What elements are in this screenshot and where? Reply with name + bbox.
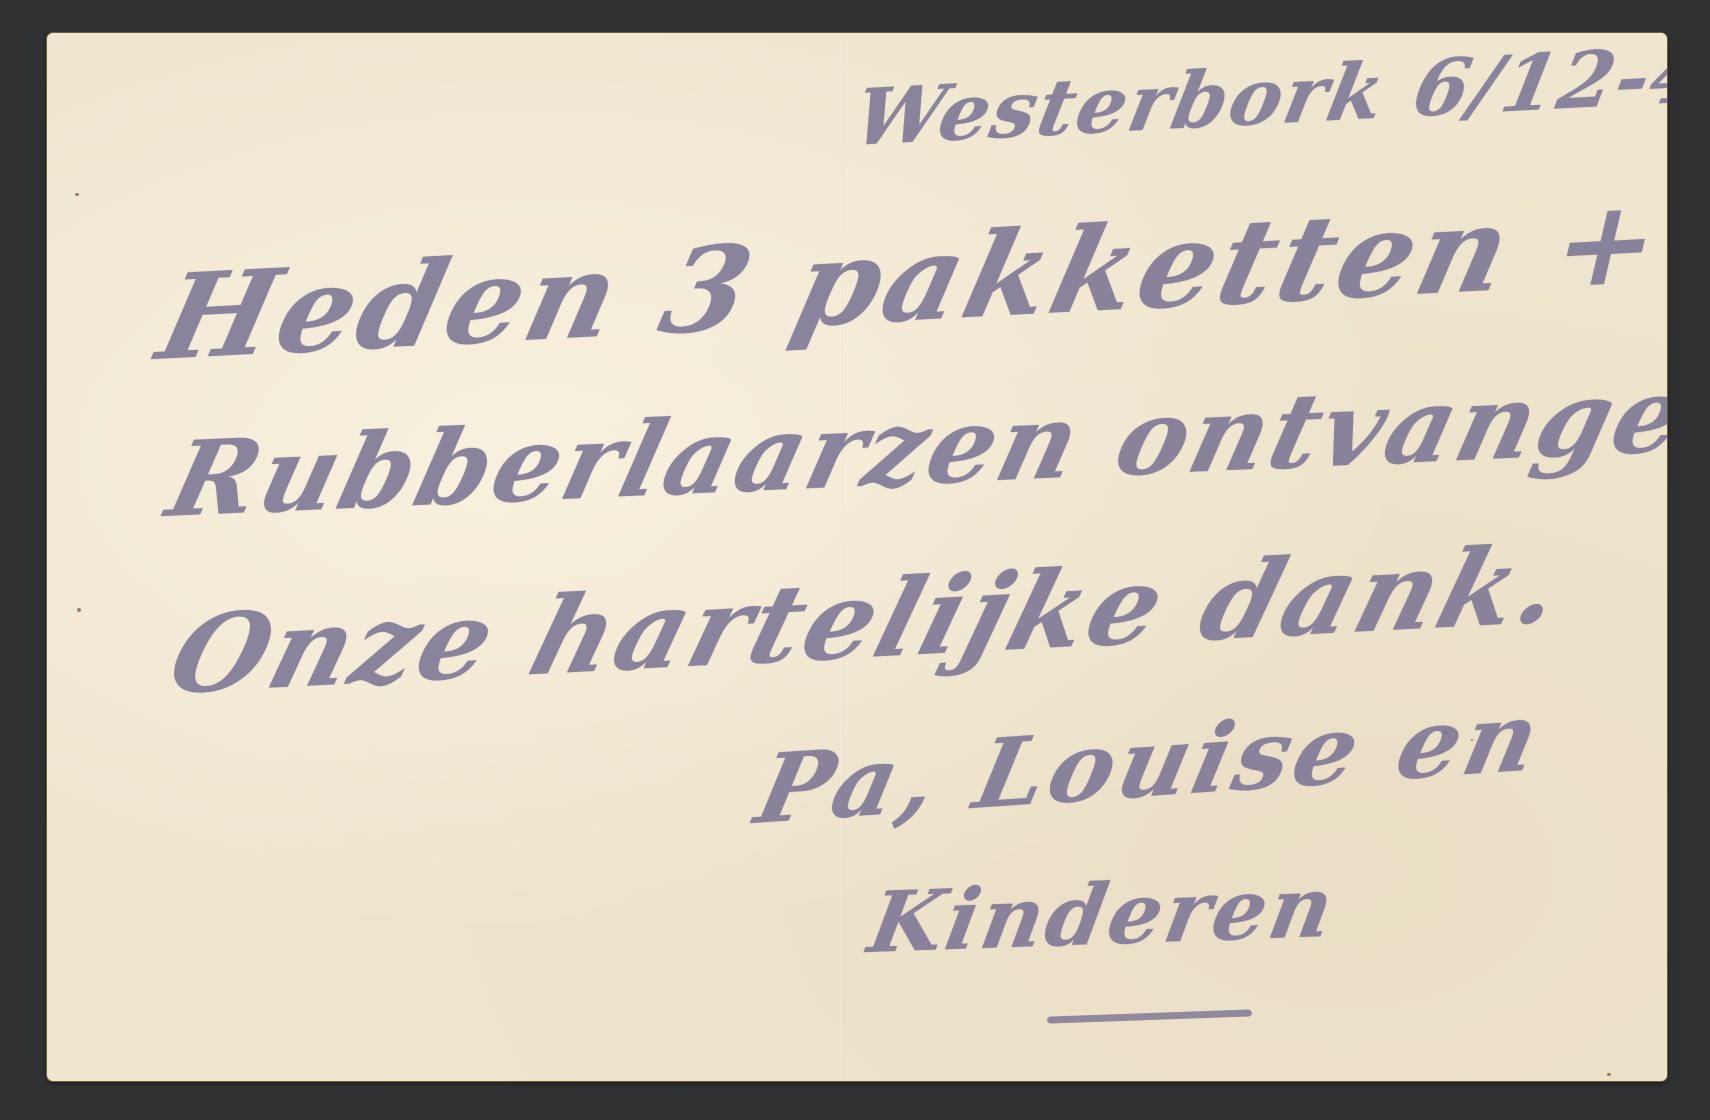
paper-speck xyxy=(75,193,79,196)
body-line-2: Rubberlaarzen ontvangen xyxy=(157,349,1667,541)
signature-line-2: Kinderen xyxy=(862,857,1344,972)
body-line-3: Onze hartelijke dank. xyxy=(157,522,1579,719)
paper-crease xyxy=(840,33,843,1081)
document-viewer: Westerbork 6/12-42 Heden 3 pakketten + R… xyxy=(0,0,1710,1120)
signature-underline xyxy=(1047,1009,1252,1023)
signature-line-1: Pa, Louise en xyxy=(747,680,1553,846)
paper-speck xyxy=(77,608,81,612)
postcard: Westerbork 6/12-42 Heden 3 pakketten + R… xyxy=(47,33,1667,1081)
paper-speck xyxy=(1607,1073,1611,1076)
place-date-header: Westerbork 6/12-42 xyxy=(847,33,1667,164)
body-line-1: Heden 3 pakketten + xyxy=(147,171,1667,387)
